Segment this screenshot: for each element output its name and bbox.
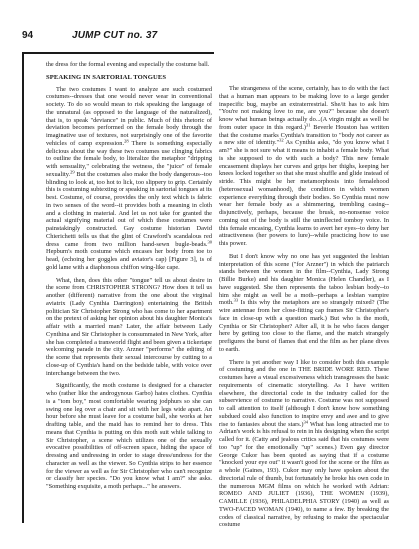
paragraph: What, then, does this other "tongue" tel… bbox=[46, 277, 212, 378]
paragraph: the dress for the formal evening and esp… bbox=[46, 61, 212, 69]
paragraph: But I don't know why no one has yet sugg… bbox=[219, 253, 389, 354]
paragraph: Significantly, the moth costume is desig… bbox=[46, 382, 212, 491]
frame-top-rule bbox=[22, 52, 214, 54]
frame-left-rule bbox=[22, 52, 24, 523]
right-column: The strangeness of the scene, certainly,… bbox=[219, 85, 389, 534]
paragraph: There is yet another way I like to consi… bbox=[219, 359, 389, 530]
paragraph: The strangeness of the scene, certainly,… bbox=[219, 85, 389, 248]
left-column: the dress for the formal evening and esp… bbox=[46, 61, 212, 496]
running-title: JUMP CUT no. 37 bbox=[72, 30, 157, 41]
page-number: 94 bbox=[22, 30, 33, 41]
section-heading: SPEAKING IN SARTORIAL TONGUES bbox=[46, 74, 212, 82]
footnote-ref: 30 bbox=[208, 239, 213, 244]
paragraph: The two costumes I want to analyze are s… bbox=[46, 86, 212, 272]
